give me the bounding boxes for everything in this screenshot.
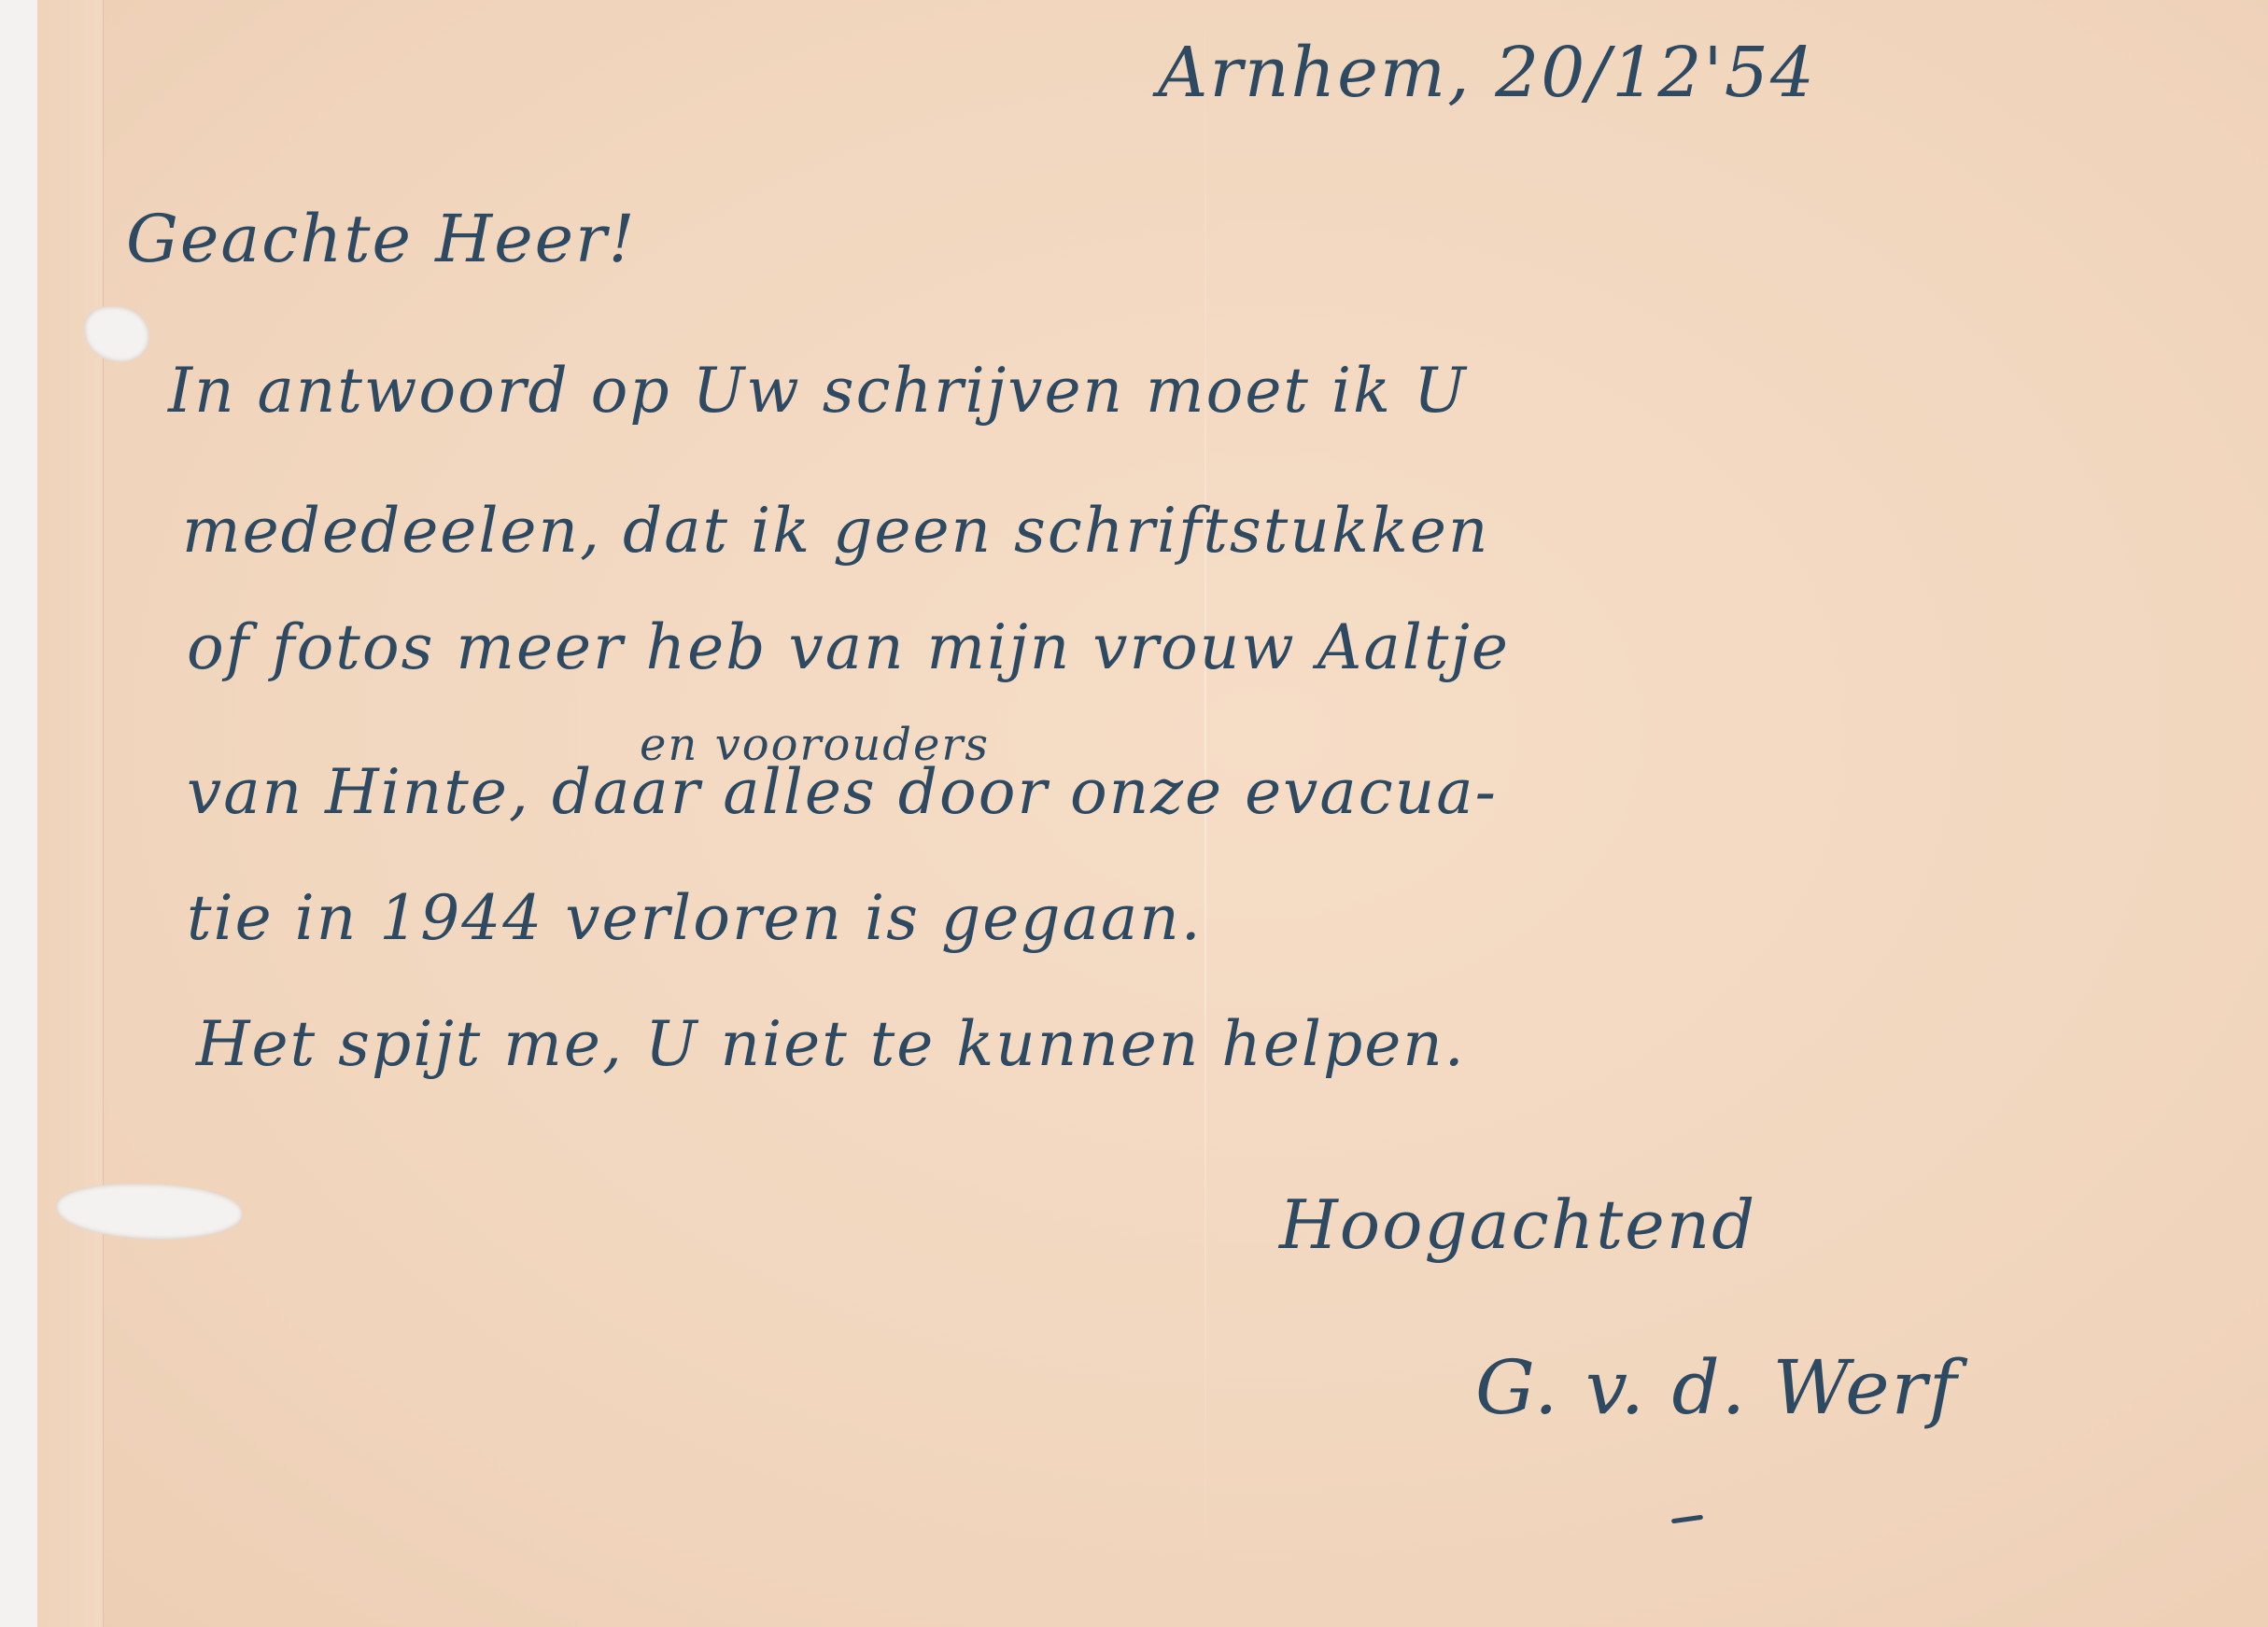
binding-margin xyxy=(37,0,104,1627)
body-line-4: van Hinte, daar alles door onze evacua- xyxy=(187,756,1498,828)
body-line-2: mededeelen, dat ik geen schriftstukken xyxy=(182,495,1489,567)
closing: Hoogachtend xyxy=(1279,1185,1756,1264)
body-line-1: In antwoord op Uw schrijven moet ik U xyxy=(168,355,1468,427)
body-line-3: of fotos meer heb van mijn vrouw Aaltje xyxy=(187,611,1510,683)
signature: G. v. d. Werf xyxy=(1475,1344,1958,1431)
salutation: Geachte Heer! xyxy=(126,201,637,277)
body-line-6: Het spijt me, U niet te kunnen helpen. xyxy=(196,1008,1466,1080)
place-date: Arnhem, 20/12'54 xyxy=(1158,33,1816,113)
body-line-5: tie in 1944 verloren is gegaan. xyxy=(187,882,1203,954)
